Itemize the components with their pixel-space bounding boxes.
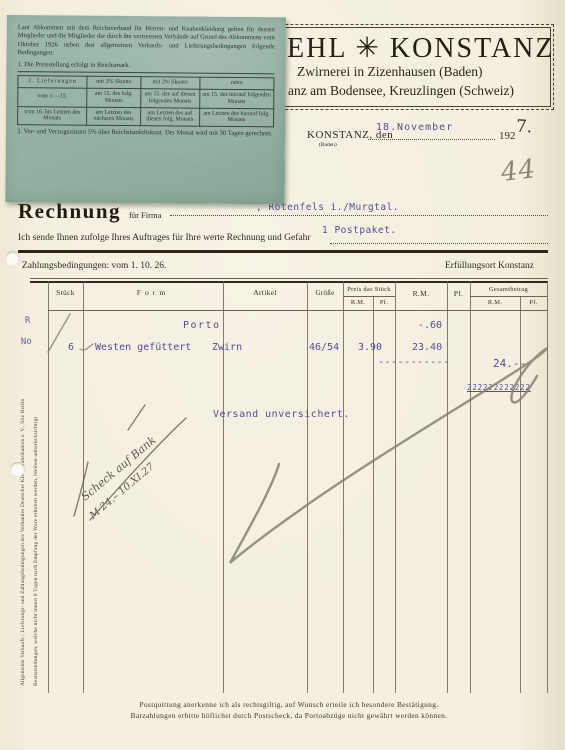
- typed-date: 18.November: [376, 122, 453, 133]
- column-line: [447, 281, 448, 693]
- note-flourish-stroke: [128, 405, 145, 430]
- typed-shipping-note: Versand unversichert.: [213, 409, 350, 420]
- header-preis-das-stueck: Preis das Stück: [342, 286, 396, 293]
- shipping-dotted-line: [330, 243, 548, 244]
- header-preis-pf: Pf.: [373, 299, 395, 306]
- terms-card: Laut Abkommen mit dem Reichsverband für …: [5, 15, 286, 204]
- header-gesamt-pf: Pf.: [520, 299, 547, 306]
- margin-complaints-text: Beanstandungen, welche nicht innert 8 Ta…: [33, 350, 39, 686]
- column-line: [48, 281, 49, 693]
- column-line: [343, 281, 344, 693]
- card-cell: am Letzten des nächsten Monats: [87, 107, 141, 126]
- typed-shipping: 1 Postpaket.: [322, 225, 397, 236]
- header-rm: R.M.: [395, 289, 447, 298]
- card-cell: 2. Lieferungen: [18, 76, 87, 88]
- card-cell: vom 1.—15.: [18, 88, 87, 107]
- column-subline: [373, 296, 374, 693]
- row-item-qty: 6: [68, 342, 74, 353]
- card-cell: mit 3% Skonto: [87, 77, 141, 89]
- company-line2: Zwirnerei in Zizenhausen (Baden): [297, 64, 483, 80]
- preis-subheader-rule: [343, 296, 395, 297]
- date-dotted-line: [368, 139, 495, 140]
- row-porto-label: Porto: [183, 320, 221, 331]
- card-table-row: vom 1.—15. am 15. des folg. Monats am 15…: [18, 88, 274, 109]
- column-line: [83, 281, 84, 693]
- addressee-dotted-line: [170, 215, 548, 216]
- divider-rule: [18, 250, 548, 253]
- punch-hole: [10, 462, 25, 477]
- column-line: [307, 281, 308, 693]
- header-gesamt-rm: R.M.: [470, 299, 520, 306]
- fulfillment-place: Erfüllungsort Konstanz: [445, 261, 534, 271]
- invoice-intro: Ich sende Ihnen zufolge Ihres Auftrages …: [18, 233, 311, 243]
- card-point1: 1. Die Preisstellung erfolgt in Reichsma…: [18, 61, 275, 72]
- row-item-price: 3.90: [358, 342, 382, 353]
- card-rule: [17, 71, 274, 74]
- pencil-checkmark: [230, 348, 547, 563]
- table-header-bottom-rule: [48, 310, 548, 311]
- card-cell: am 15. des auf diesen folgenden Monats: [141, 89, 200, 108]
- card-cell: vom 16. bis Letzten des Monats: [18, 106, 87, 125]
- total-amount: 24.--: [493, 357, 526, 370]
- header-pf: Pf.: [447, 289, 470, 298]
- row-item-form: Westen gefüttert: [95, 342, 191, 353]
- company-name: EHL ✳ KONSTANZ: [287, 31, 555, 65]
- card-point3: 3. Vor- und Verzugszinsen 5% über Reichs…: [17, 128, 274, 139]
- margin-conditions-text: Allgemeine Verkaufs-, Lieferungs- und Za…: [20, 330, 26, 686]
- header-gesamtbetrag: Gesamtbetrag: [470, 286, 547, 293]
- card-paragraph: Laut Abkommen mit dem Reichsverband für …: [18, 24, 275, 60]
- header-stueck: Stück: [48, 288, 83, 297]
- column-subline: [520, 296, 521, 693]
- row-item-groesse: 46/54: [309, 342, 339, 353]
- row-item-artikel: Zwirn: [212, 342, 242, 353]
- column-line: [547, 281, 548, 693]
- margin-mark-r: R: [25, 316, 31, 326]
- footer-line1: Postquittung anerkenne ich als rechtsgil…: [30, 700, 548, 709]
- dateline-city-sub: (Baden): [319, 142, 337, 148]
- pencil-sheet-number: 44: [499, 154, 537, 188]
- header-artikel: Artikel: [223, 288, 307, 297]
- column-line: [395, 281, 396, 693]
- margin-mark-no: No: [21, 337, 33, 348]
- header-form: Form: [83, 288, 223, 297]
- card-cell: netto: [200, 77, 274, 89]
- table-top-thin-rule: [30, 278, 548, 279]
- year-prefix: 192: [499, 130, 516, 142]
- header-preis-rm: R.M.: [343, 299, 373, 306]
- card-cell: am Letzten des hierauf folg. Monats: [199, 108, 273, 127]
- row-item-amount: 23.40: [412, 342, 442, 353]
- invoice-document: EHL ✳ KONSTANZ Zwirnerei in Zizenhausen …: [0, 0, 565, 750]
- column-line: [470, 281, 471, 693]
- payment-terms-line: Zahlungsbedingungen: vom 1. 10. 26.: [22, 261, 166, 271]
- card-cell: mit 2% Skonto: [141, 77, 200, 89]
- handwritten-year-digit: 7.: [515, 116, 533, 137]
- card-cell: am 15. des folg. Monats: [87, 88, 141, 107]
- pencil-slash: [48, 314, 70, 352]
- card-cell: am Letzten des auf diesen folg. Monats: [140, 107, 199, 126]
- card-terms-table: 2. Lieferungen mit 3% Skonto mit 2% Skon…: [17, 75, 274, 127]
- typed-strike-row: 222222222222: [467, 383, 531, 392]
- header-groesse: Größe: [307, 289, 343, 297]
- gesamt-subheader-rule: [470, 296, 547, 297]
- company-line3: anz am Bodensee, Kreuzlingen (Schweiz): [288, 83, 514, 99]
- typed-dashes: -----------: [378, 357, 450, 368]
- invoice-heading-suffix: für Firma: [129, 210, 161, 220]
- row-porto-amount: -.60: [418, 320, 442, 331]
- card-cell: am 15. des hierauf folgenden Monats: [199, 89, 273, 108]
- card-table-row: vom 16. bis Letzten des Monats am Letzte…: [18, 106, 274, 127]
- footer-line2: Barzahlungen erbitte höflichst durch Pos…: [30, 711, 548, 720]
- punch-hole: [5, 251, 20, 266]
- pencil-tick: [80, 344, 93, 350]
